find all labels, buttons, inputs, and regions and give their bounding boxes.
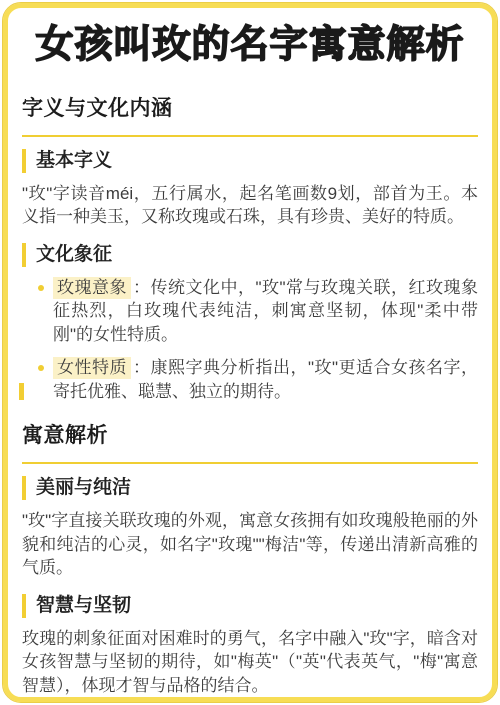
subsection-title-wisdom-resilience: 智慧与坚韧	[22, 594, 478, 618]
paragraph-wisdom-resilience: 玫瑰的刺象征面对困难时的勇气，名字中融入"玫"字，暗含对女孩智慧与坚韧的期待，如…	[22, 627, 478, 698]
list-item: 玫瑰意象：传统文化中，"玫"常与玫瑰关联，红玫瑰象征热烈，白玫瑰代表纯洁，刺寓意…	[38, 276, 478, 347]
highlighted-term: 玫瑰意象	[53, 277, 131, 299]
list-item: 女性特质：康熙字典分析指出，"玫"更适合女孩名字，寄托优雅、聪慧、独立的期待。	[38, 356, 478, 403]
subsection-title-basic-meaning: 基本字义	[22, 149, 478, 173]
card-content: 女孩叫玫的名字寓意解析 字义与文化内涵 基本字义 "玫"字读音méi，五行属水，…	[0, 0, 500, 705]
section-heading: 字义与文化内涵	[22, 92, 478, 122]
section-meaning-analysis: 寓意解析 美丽与纯洁 "玫"字直接关联玫瑰的外观，寓意女孩拥有如玫瑰般艳丽的外貌…	[22, 419, 478, 697]
section-character-meaning: 字义与文化内涵 基本字义 "玫"字读音méi，五行属水，起名笔画数9划，部首为王…	[22, 92, 478, 404]
section-divider	[22, 462, 478, 464]
paragraph-basic-meaning: "玫"字读音méi，五行属水，起名笔画数9划，部首为王。本义指一种美玉，又称玫瑰…	[22, 182, 478, 229]
subsection-title-beauty-purity: 美丽与纯洁	[22, 476, 478, 500]
cultural-symbol-list: 玫瑰意象：传统文化中，"玫"常与玫瑰关联，红玫瑰象征热烈，白玫瑰代表纯洁，刺寓意…	[38, 276, 478, 404]
name-meaning-card: { "page": { "title": "女孩叫玫的名字寓意解析" }, "c…	[0, 0, 500, 705]
paragraph-beauty-purity: "玫"字直接关联玫瑰的外观，寓意女孩拥有如玫瑰般艳丽的外貌和纯洁的心灵，如名字"…	[22, 509, 478, 580]
page-title: 女孩叫玫的名字寓意解析	[22, 26, 478, 66]
bullet-icon	[38, 365, 44, 371]
bullet-icon	[38, 285, 44, 291]
section-heading: 寓意解析	[22, 419, 478, 449]
section-divider	[22, 135, 478, 137]
subsection-title-cultural-symbol: 文化象征	[22, 243, 478, 267]
highlighted-term: 女性特质	[53, 357, 131, 379]
